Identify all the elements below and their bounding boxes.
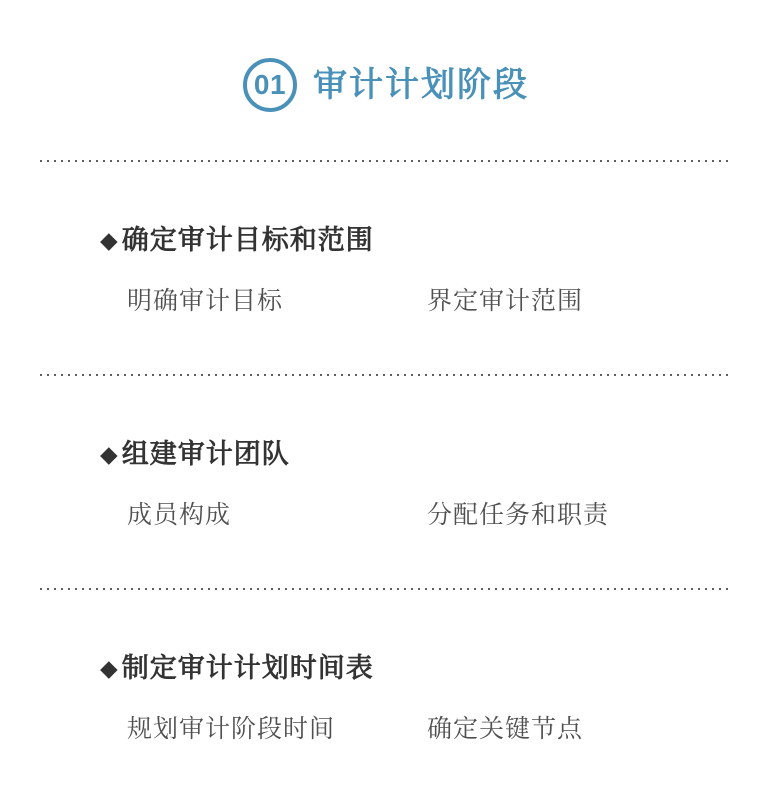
- diamond-bullet-icon: ◆: [100, 222, 119, 258]
- section-item: 成员构成: [127, 498, 427, 532]
- audit-plan-page: 01 审计计划阶段 ◆ 确定审计目标和范围 明确审计目标 界定审计范围 ◆ 组建…: [0, 0, 772, 800]
- section-heading-text: 制定审计计划时间表: [122, 650, 374, 686]
- section-item: 明确审计目标: [127, 284, 427, 318]
- dotted-divider: [40, 374, 732, 376]
- section-items: 规划审计阶段时间 确定关键节点: [100, 712, 732, 746]
- section-audit-objectives: ◆ 确定审计目标和范围 明确审计目标 界定审计范围: [0, 222, 772, 318]
- section-items: 成员构成 分配任务和职责: [100, 498, 732, 532]
- section-heading: ◆ 组建审计团队: [100, 436, 732, 472]
- section-heading-text: 组建审计团队: [122, 436, 290, 472]
- section-item: 规划审计阶段时间: [127, 712, 427, 746]
- section-items: 明确审计目标 界定审计范围: [100, 284, 732, 318]
- page-title: 审计计划阶段: [313, 68, 529, 102]
- section-heading: ◆ 制定审计计划时间表: [100, 650, 732, 686]
- step-number-badge: 01: [243, 58, 297, 112]
- section-item: 确定关键节点: [427, 712, 583, 746]
- section-item: 界定审计范围: [427, 284, 583, 318]
- page-header: 01 审计计划阶段: [0, 0, 772, 112]
- section-heading: ◆ 确定审计目标和范围: [100, 222, 732, 258]
- section-heading-text: 确定审计目标和范围: [122, 222, 374, 258]
- section-audit-team: ◆ 组建审计团队 成员构成 分配任务和职责: [0, 436, 772, 532]
- diamond-bullet-icon: ◆: [100, 436, 119, 472]
- section-item: 分配任务和职责: [427, 498, 609, 532]
- step-number: 01: [254, 69, 286, 101]
- diamond-bullet-icon: ◆: [100, 650, 119, 686]
- section-audit-schedule: ◆ 制定审计计划时间表 规划审计阶段时间 确定关键节点: [0, 650, 772, 746]
- dotted-divider: [40, 160, 732, 162]
- dotted-divider: [40, 588, 732, 590]
